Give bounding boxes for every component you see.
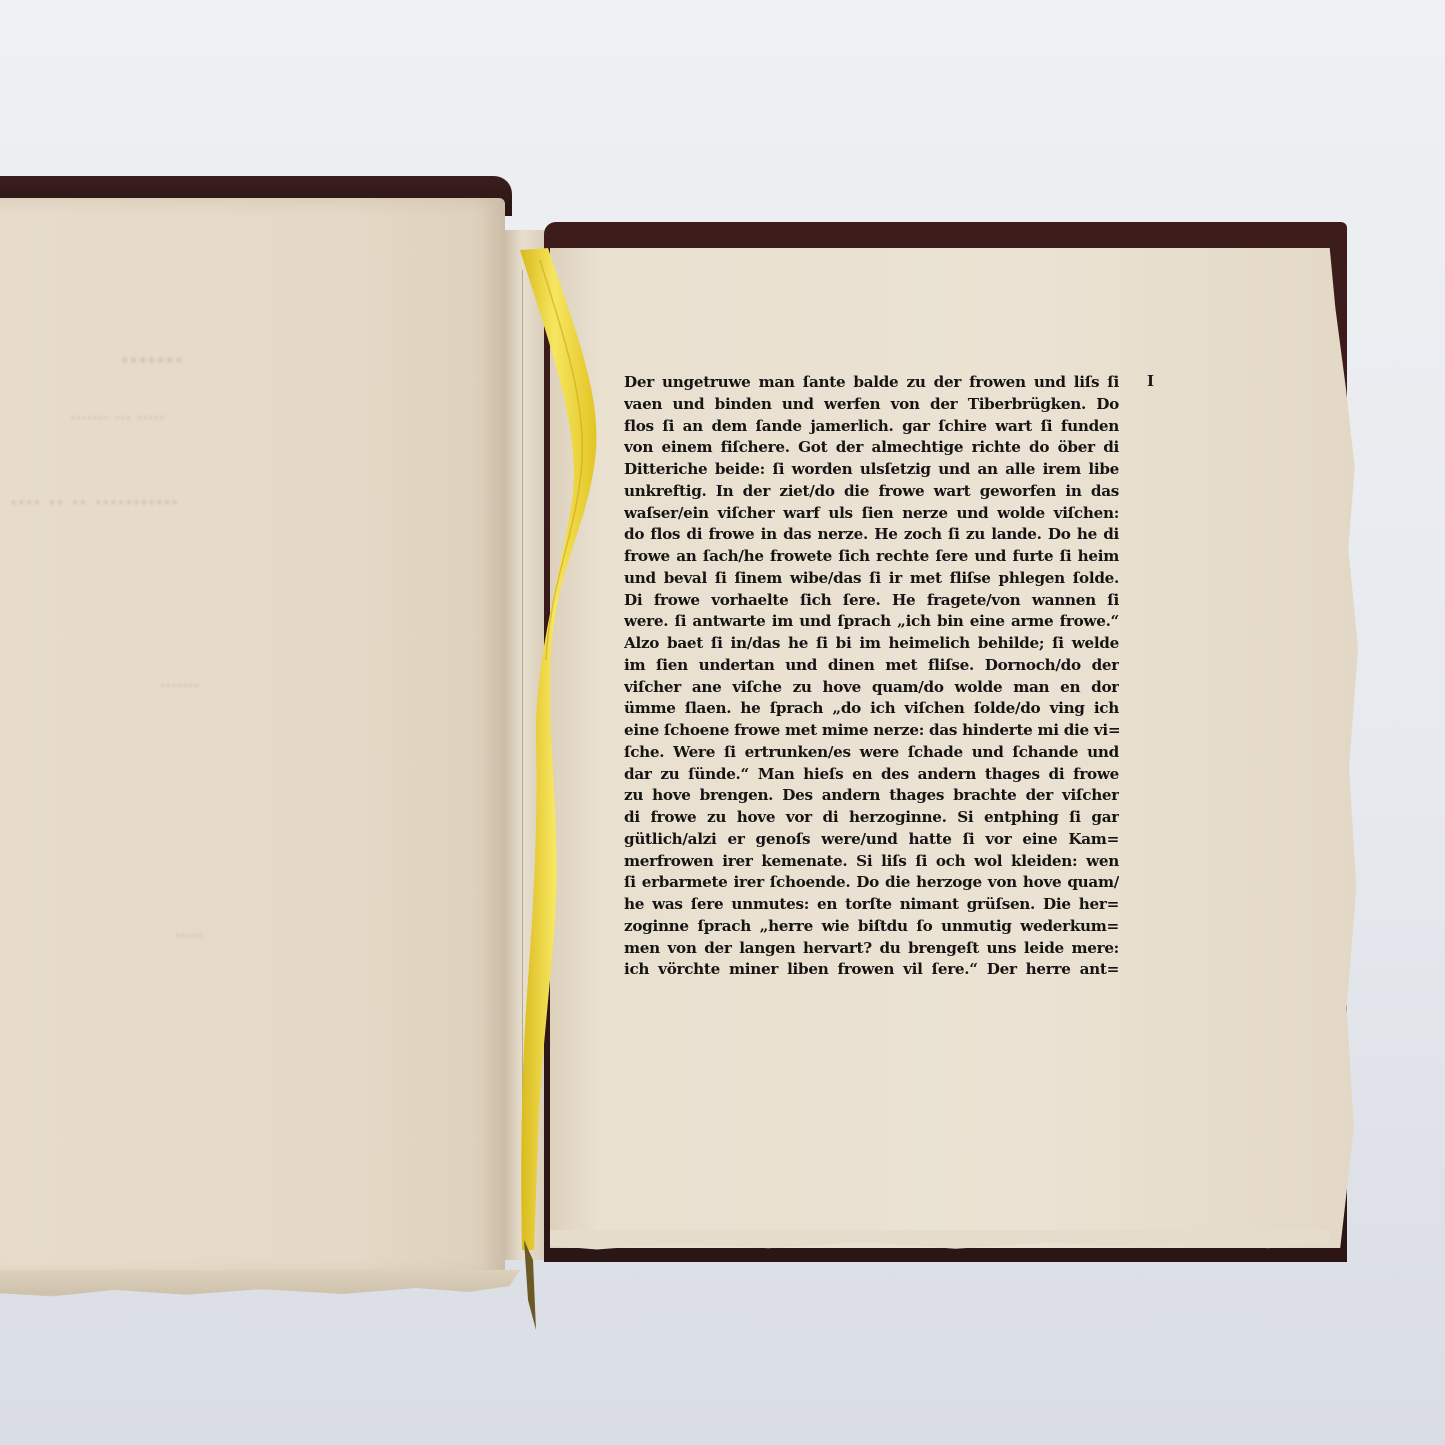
show-through-text: ····· [175, 926, 203, 945]
text-line: Der ungetruwe man ſante balde zu der fro… [624, 372, 1119, 394]
text-line: gütlich/alzi er genoſs were/und hatte ſi… [624, 829, 1119, 851]
page-text-block: Der ungetruwe man ſante balde zu der fro… [624, 372, 1119, 981]
show-through-text: ······· ··· ····· [70, 408, 165, 427]
text-line: Di frowe vorhaelte ſich ſere. He fragete… [624, 590, 1119, 612]
text-line: vaen und binden und werfen von der Tiber… [624, 394, 1119, 416]
book-photo: ······· ······· ··· ····· ···· ·· ·· ···… [0, 0, 1445, 1445]
text-line: do flos di frowe in das nerze. He zoch ſ… [624, 524, 1119, 546]
text-line: waſser/ein viſcher warf uls ſien nerze u… [624, 503, 1119, 525]
left-page-deckle-edge [0, 1270, 520, 1310]
text-line: im ſien undertan und dinen met fliſse. D… [624, 655, 1119, 677]
text-line: ümme ſlaen. he ſprach „do ich viſchen ſo… [624, 698, 1119, 720]
gutter-fold [522, 270, 523, 1250]
text-line: viſcher ane viſche zu hove quam/do wolde… [624, 677, 1119, 699]
text-line: were. ſi antwarte im und ſprach „ich bin… [624, 611, 1119, 633]
text-line: di frowe zu hove vor di herzoginne. Si e… [624, 807, 1119, 829]
text-line: frowe an ſach/he frowete ſich rechte ſer… [624, 546, 1119, 568]
text-line: men von der langen hervart? du brengeſt … [624, 938, 1119, 960]
text-line: he was ſere unmutes: en torſte nimant gr… [624, 894, 1119, 916]
page-number: I [1147, 372, 1154, 390]
left-page: ······· ······· ··· ····· ···· ·· ·· ···… [0, 198, 505, 1278]
text-line: ſi erbarmete irer ſchoende. Do die herzo… [624, 872, 1119, 894]
text-line: ſche. Were ſi ertrunken/es were ſchade u… [624, 742, 1119, 764]
text-line: eine ſchoene frowe met mime nerze: das h… [624, 720, 1119, 742]
text-line: Alzo baet ſi in/das he ſi bi im heimelic… [624, 633, 1119, 655]
show-through-text: ···· ·· ·· ··········· [10, 490, 179, 516]
text-line: Ditteriche beide: ſi worden ulsſetzig un… [624, 459, 1119, 481]
show-through-text: ······· [160, 676, 199, 695]
text-line: und beval ſi ſinem wibe/das ſi ir met fl… [624, 568, 1119, 590]
text-line: zu hove brengen. Des andern thages brach… [624, 785, 1119, 807]
text-line: ich vörchte miner liben frowen vil ſere.… [624, 959, 1119, 981]
text-line: von einem fiſchere. Got der almechtige r… [624, 437, 1119, 459]
text-line: zoginne ſprach „herre wie biſtdu ſo unmu… [624, 916, 1119, 938]
text-line: flos ſi an dem ſande jamerlich. gar ſchi… [624, 416, 1119, 438]
text-line: dar zu ſünde.“ Man hieſs en des andern t… [624, 764, 1119, 786]
text-line: unkreftig. In der ziet/do die frowe wart… [624, 481, 1119, 503]
show-through-text: ······· [120, 346, 183, 376]
text-line: merfrowen irer kemenate. Si liſs ſi och … [624, 851, 1119, 873]
